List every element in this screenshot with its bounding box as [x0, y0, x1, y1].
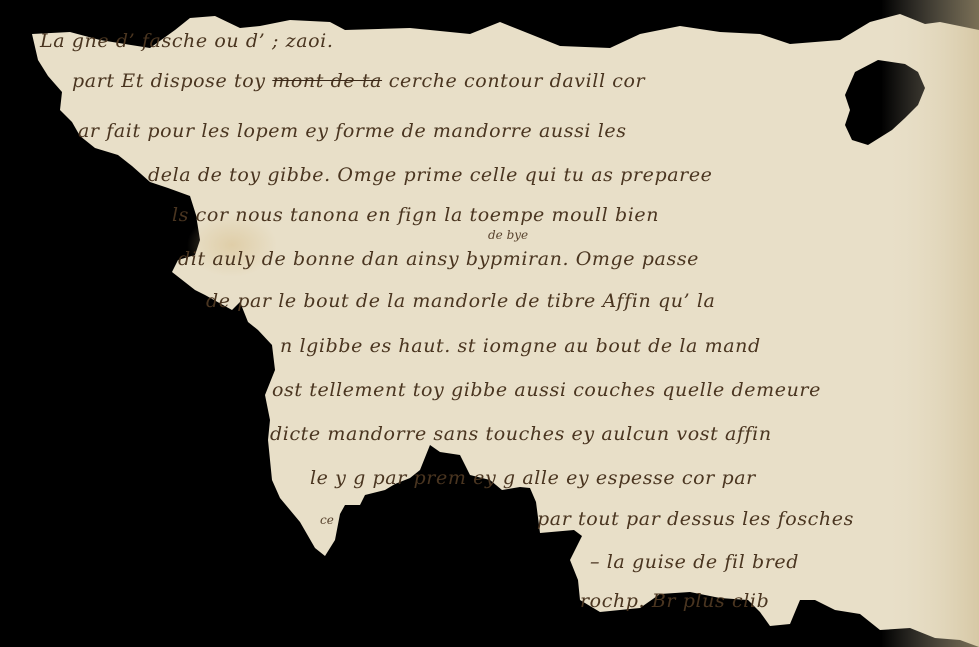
manuscript-fragment: La gne d’ fasche ou d’ ; zaoi. part Et d…: [0, 0, 979, 647]
manuscript-line: ls cor nous tanona en fign la toempe mou…: [172, 206, 659, 225]
parchment-shape: [0, 0, 979, 647]
manuscript-line: ost tellement toy gibbe aussi couches qu…: [272, 381, 821, 400]
manuscript-line: dit auly de bonne dan ainsy bypmiran. Om…: [178, 250, 699, 269]
line-text: part Et dispose toy: [72, 70, 266, 92]
manuscript-line: par tout par dessus les fosches: [537, 510, 854, 529]
interlinear-note: ce: [320, 513, 334, 527]
manuscript-line: n lgibbe es haut. st iomgne au bout de l…: [280, 337, 761, 356]
interlinear-note: de bye: [488, 228, 528, 242]
manuscript-line: de par le bout de la mandorle de tibre A…: [206, 292, 715, 311]
line-text-continued: cerche contour davill cor: [389, 70, 646, 92]
manuscript-line: – la guise de fil bred: [590, 553, 799, 572]
struck-text: mont de ta: [272, 70, 382, 92]
manuscript-line: La gne d’ fasche ou d’ ; zaoi.: [40, 32, 333, 51]
manuscript-line: part Et dispose toy mont de ta cerche co…: [72, 72, 645, 91]
manuscript-line: ar fait pour les lopem ey forme de mando…: [78, 122, 627, 141]
manuscript-line: rochp. Br plus clib: [580, 592, 769, 611]
manuscript-line: dela de toy gibbe. Omge prime celle qui …: [148, 166, 713, 185]
manuscript-line: le y g par prem ey g alle ey espesse cor…: [310, 469, 756, 488]
manuscript-line: dicte mandorre sans touches ey aulcun vo…: [270, 425, 772, 444]
